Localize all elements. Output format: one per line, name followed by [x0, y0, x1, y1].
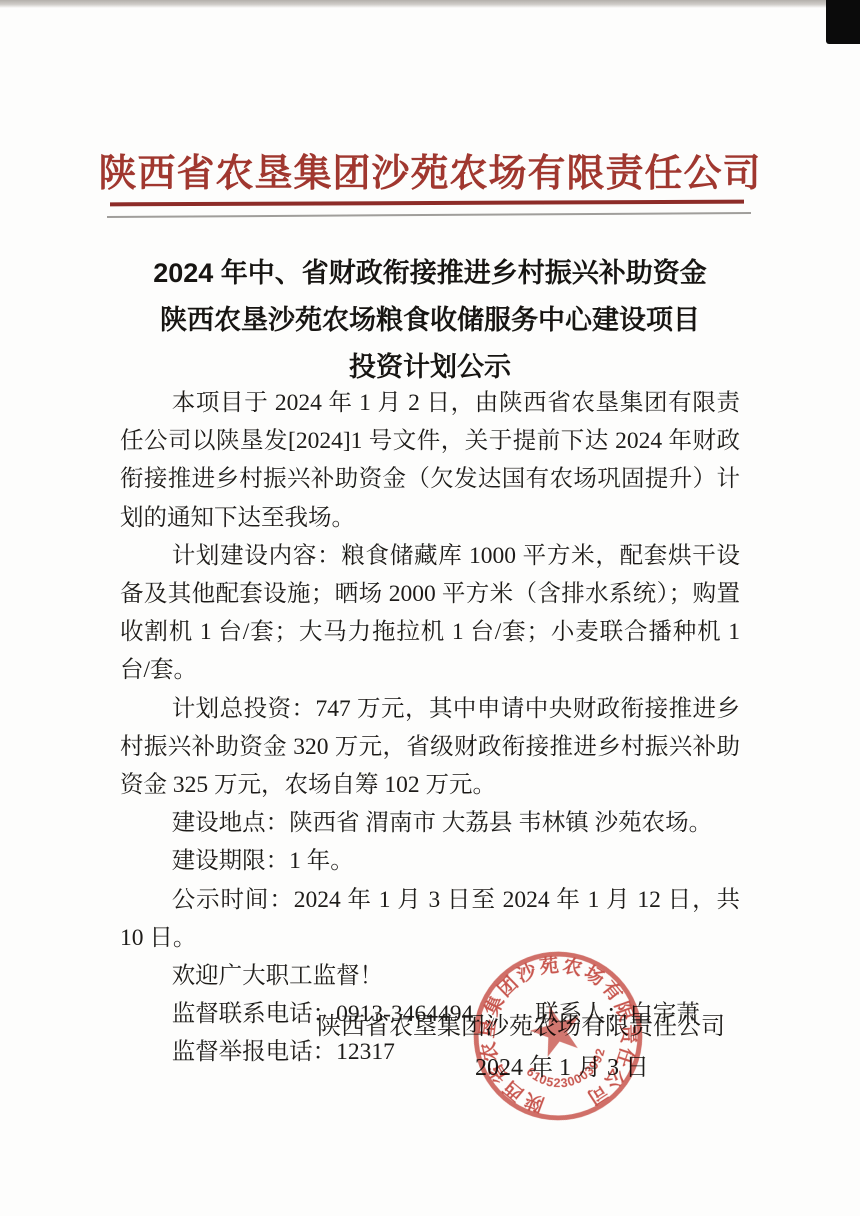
scanned-document-page: 陕西省农垦集团沙苑农场有限责任公司 2024 年中、省财政衔接推进乡村振兴补助资…: [0, 0, 860, 1216]
line-construction-location: 建设地点：陕西省 渭南市 大荔县 韦林镇 沙苑农场。: [120, 804, 740, 842]
document-title: 2024 年中、省财政衔接推进乡村振兴补助资金 陕西农垦沙苑农场粮食收储服务中心…: [0, 250, 860, 391]
seal-star-icon: [525, 999, 587, 1059]
title-line-1: 2024 年中、省财政衔接推进乡村振兴补助资金: [0, 250, 860, 297]
paragraph-total-investment: 计划总投资：747 万元，其中申请中央财政衔接推进乡村振兴补助资金 320 万元…: [120, 690, 740, 805]
line-construction-period: 建设期限：1 年。: [120, 842, 740, 880]
document-body: 本项目于 2024 年 1 月 2 日，由陕西省农垦集团有限责任公司以陕垦发[2…: [120, 384, 740, 1072]
letterhead-rule-gray: [107, 212, 751, 218]
letterhead-rule-red: [110, 200, 744, 206]
line-supervision-welcome: 欢迎广大职工监督！: [120, 957, 740, 995]
paragraph-construction-content: 计划建设内容：粮食储藏库 1000 平方米，配套烘干设备及其他配套设施；晒场 2…: [120, 537, 740, 690]
scan-edge-band: [0, 0, 860, 8]
letterhead-company-name: 陕西省农垦集团沙苑农场有限责任公司: [0, 142, 860, 197]
scan-corner-mark: [826, 0, 860, 44]
paragraph-project-notice: 本项目于 2024 年 1 月 2 日，由陕西省农垦集团有限责任公司以陕垦发[2…: [120, 384, 740, 537]
title-line-2: 陕西农垦沙苑农场粮食收储服务中心建设项目: [0, 297, 860, 344]
line-publicity-period: 公示时间：2024 年 1 月 3 日至 2024 年 1 月 12 日，共 1…: [120, 881, 740, 957]
